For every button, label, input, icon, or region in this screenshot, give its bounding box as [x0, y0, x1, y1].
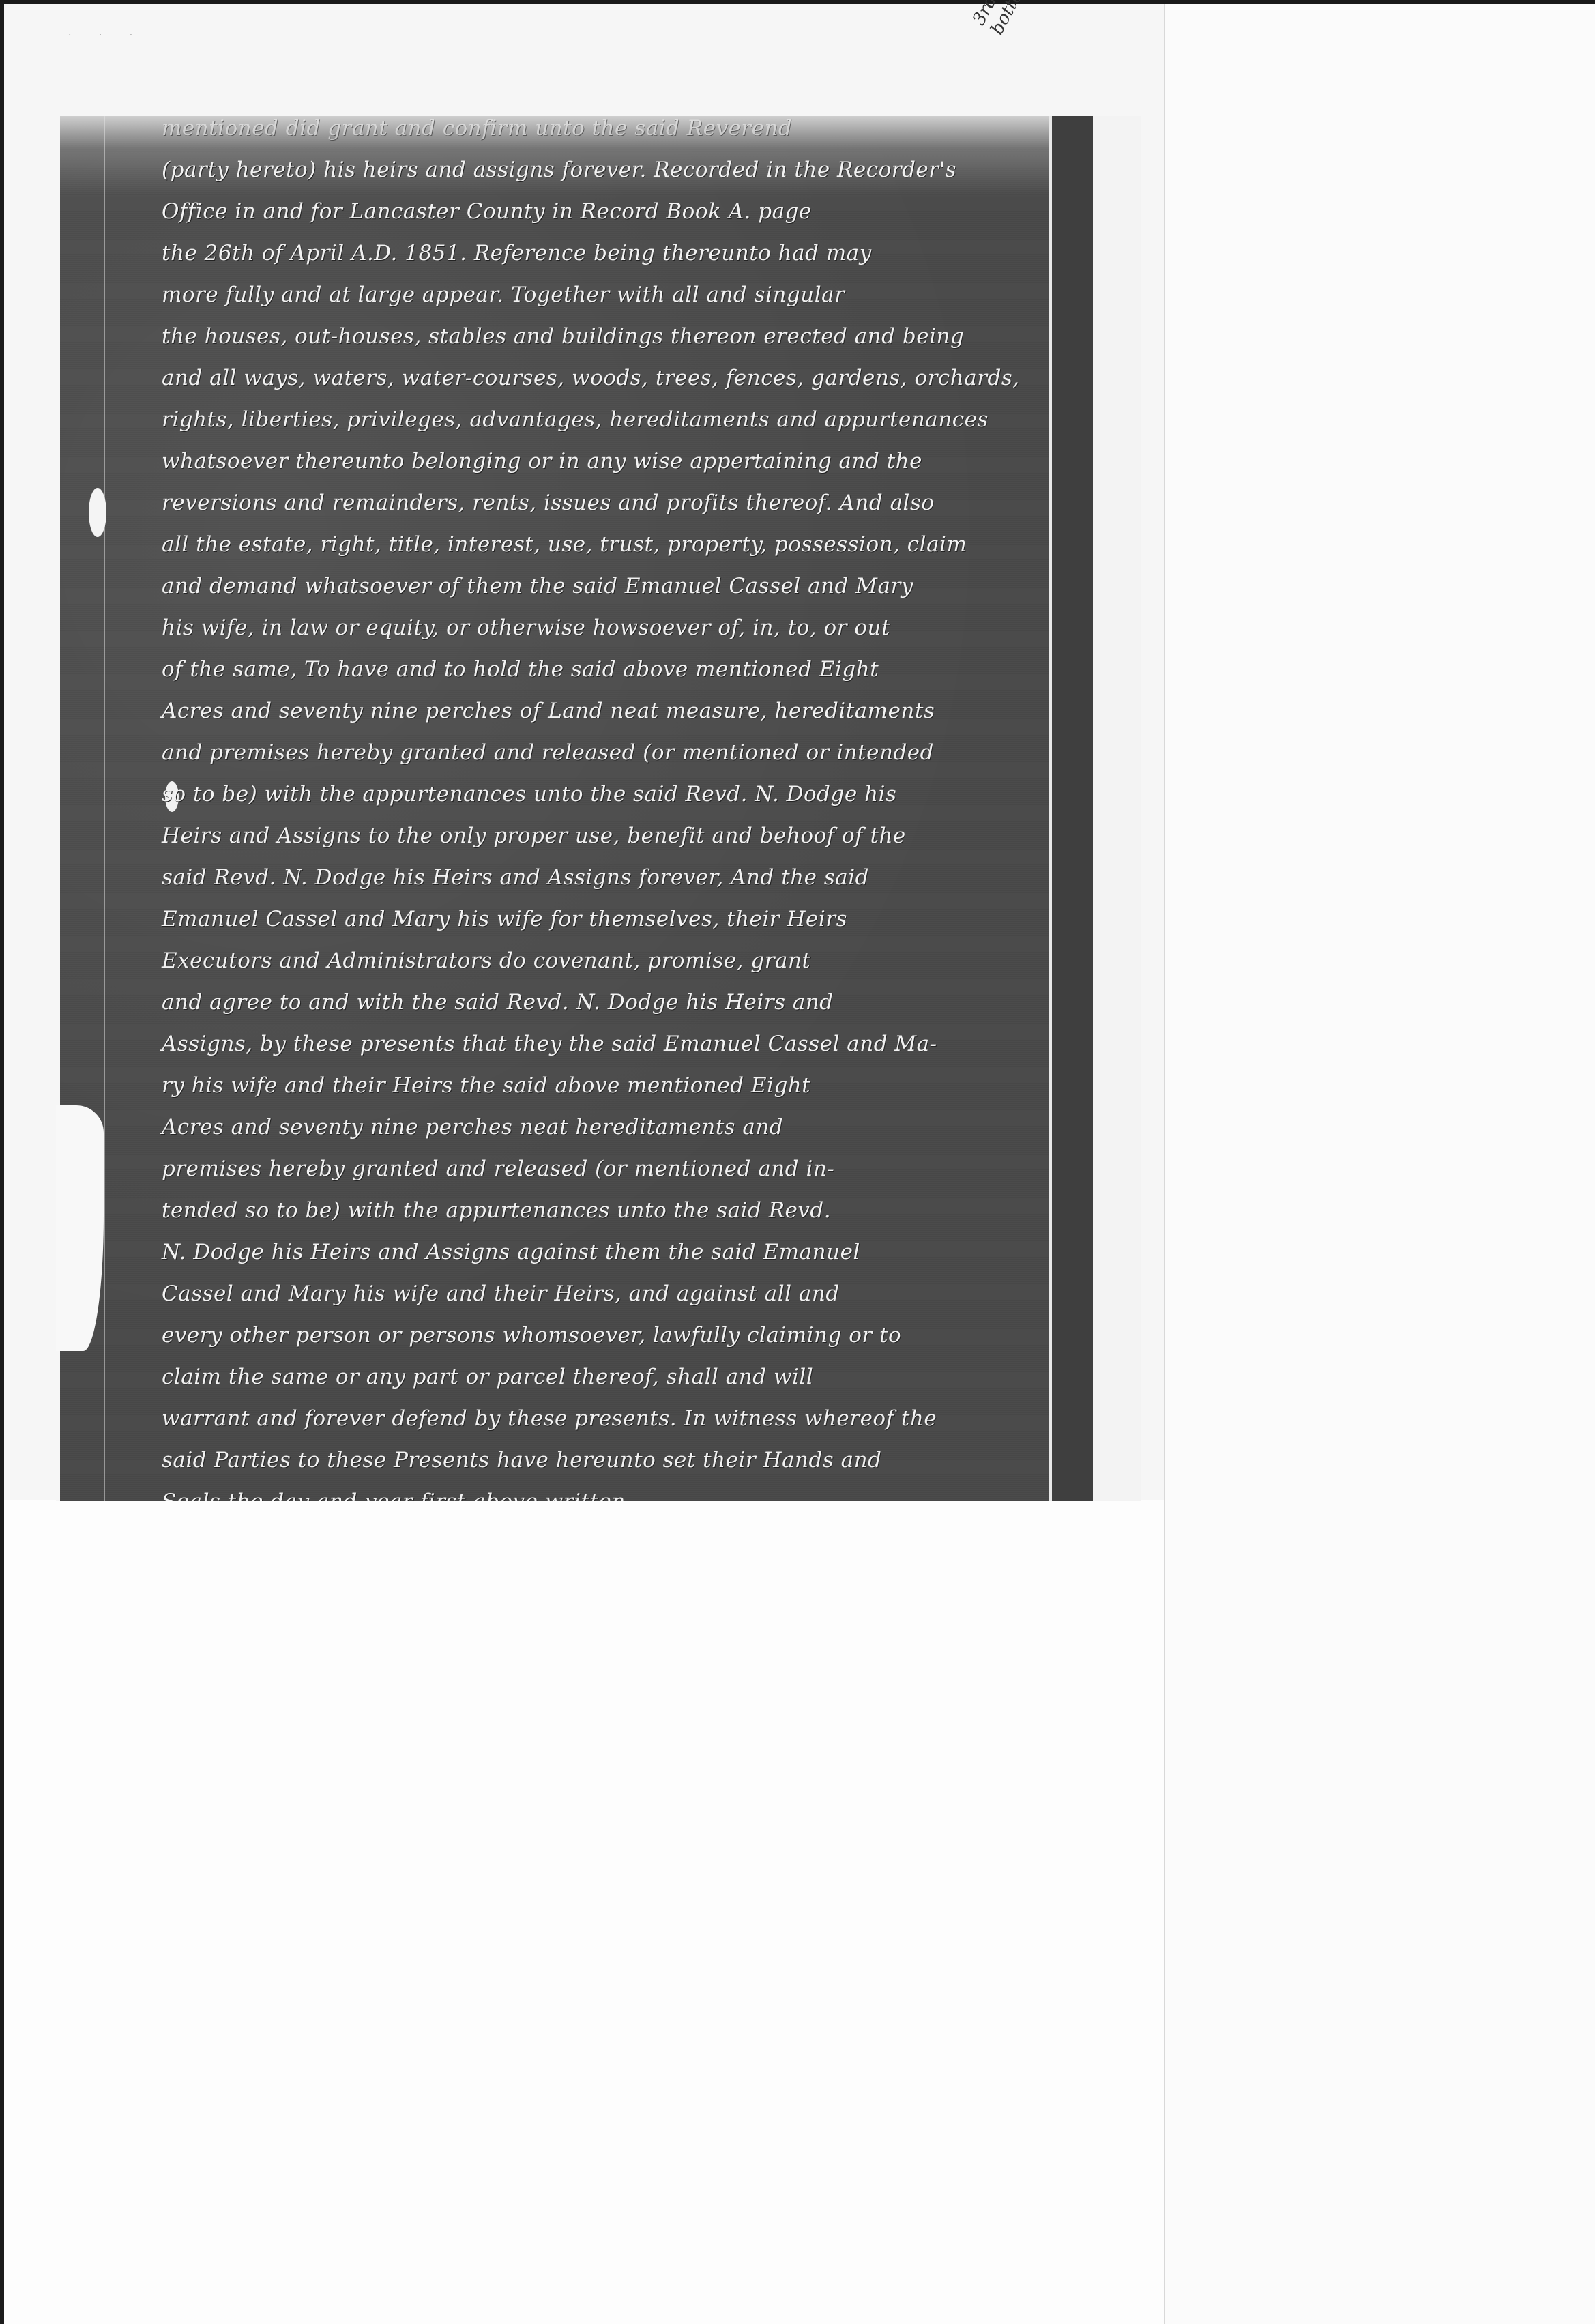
deed-line: Cassel and Mary his wife and their Heirs…	[162, 1281, 840, 1306]
scanner-bed-blank	[1164, 4, 1595, 2324]
deed-line: more fully and at large appear. Together…	[162, 282, 845, 307]
deed-line: Acres and seventy nine perches of Land n…	[162, 699, 935, 723]
right-border-strip	[1052, 116, 1093, 1501]
deed-line: whatsoever thereunto belonging or in any…	[162, 449, 922, 474]
deed-line: N. Dodge his Heirs and Assigns against t…	[162, 1240, 860, 1264]
left-margin-rule	[104, 116, 105, 1501]
deed-line: tended so to be) with the appurtenances …	[162, 1198, 831, 1223]
deed-line: every other person or persons whomsoever…	[162, 1323, 901, 1348]
torn-edge-mark	[56, 1105, 104, 1351]
deed-line: Assigns, by these presents that they the…	[162, 1032, 937, 1056]
deed-line: Office in and for Lancaster County in Re…	[162, 199, 812, 224]
deed-line: mentioned did grant and confirm unto the…	[162, 116, 792, 141]
deed-line: Heirs and Assigns to the only proper use…	[162, 824, 906, 848]
deed-line: of the same, To have and to hold the sai…	[162, 657, 879, 682]
deed-line: so to be) with the appurtenances unto th…	[162, 782, 896, 807]
deed-line: his wife, in law or equity, or otherwise…	[162, 615, 890, 640]
deed-line: premises hereby granted and released (or…	[162, 1157, 834, 1181]
deed-line: Seals the day and year first above writt…	[162, 1490, 632, 1501]
deed-line: and agree to and with the said Revd. N. …	[162, 990, 834, 1015]
deed-line: and all ways, waters, water-courses, woo…	[162, 366, 1020, 390]
ink-blot	[89, 488, 106, 537]
deed-line: and premises hereby granted and released…	[162, 740, 934, 765]
deed-line: ry his wife and their Heirs the said abo…	[162, 1073, 810, 1098]
dust-specks: · · ·	[68, 30, 145, 41]
deed-line: Acres and seventy nine perches neat here…	[162, 1115, 783, 1139]
deed-line: rights, liberties, privileges, advantage…	[162, 407, 989, 432]
deed-line: said Revd. N. Dodge his Heirs and Assign…	[162, 865, 869, 890]
deed-line: Executors and Administrators do covenant…	[162, 948, 810, 973]
deed-line: and demand whatsoever of them the said E…	[162, 574, 913, 598]
deed-line: warrant and forever defend by these pres…	[162, 1406, 937, 1431]
deed-line: the 26th of April A.D. 1851. Reference b…	[162, 241, 872, 265]
right-margin-rule	[1049, 116, 1052, 1501]
deed-line: reversions and remainders, rents, issues…	[162, 491, 935, 515]
deed-line: (party hereto) his heirs and assigns for…	[162, 158, 956, 182]
right-blank-edge	[1093, 116, 1141, 1501]
deed-line: the houses, out-houses, stables and buil…	[162, 324, 964, 349]
deed-line: Emanuel Cassel and Mary his wife for the…	[162, 907, 847, 931]
deed-line: claim the same or any part or parcel the…	[162, 1365, 813, 1389]
deed-line: said Parties to these Presents have here…	[162, 1448, 881, 1472]
deed-line: all the estate, right, title, interest, …	[162, 532, 967, 557]
photostat-page: mentioned did grant and confirm unto the…	[56, 116, 1141, 1501]
